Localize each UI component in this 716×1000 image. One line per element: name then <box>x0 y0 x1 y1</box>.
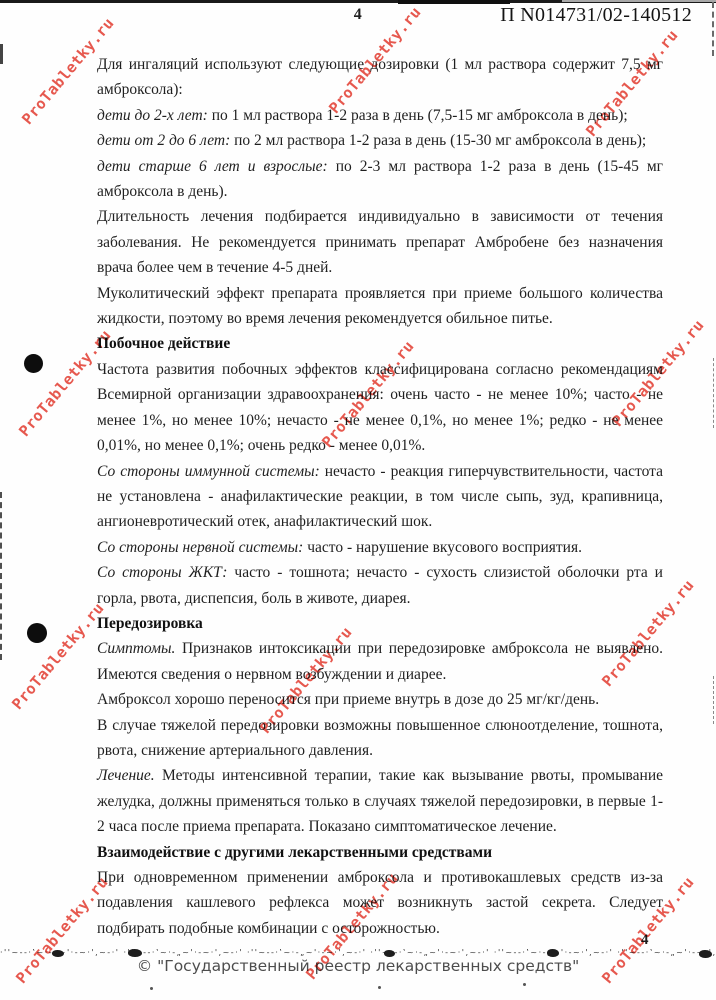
section-heading: Передозировка <box>97 611 663 636</box>
scan-artifact <box>398 0 510 4</box>
scan-artifact <box>384 950 395 957</box>
document-body: Для ингаляций используют следующие дозир… <box>97 52 663 941</box>
text-run: Амброксол хорошо переносится при приеме … <box>97 691 599 708</box>
text-run: Взаимодействие с другими лекарственными … <box>97 844 492 861</box>
scan-artifact <box>378 986 381 989</box>
scan-artifact <box>523 983 526 986</box>
text-run: При одновременном применении амброксола … <box>97 869 663 937</box>
scan-artifact <box>0 44 3 64</box>
paragraph: Частота развития побочных эффектов класс… <box>97 357 663 459</box>
paragraph: В случае тяжелой передозировки возможны … <box>97 713 663 764</box>
paragraph: Муколитический эффект препарата проявляе… <box>97 281 663 332</box>
text-run: Признаков интоксикации при передозировке… <box>97 640 663 682</box>
text-run: Побочное действие <box>97 335 230 352</box>
italic-run: Лечение. <box>97 767 155 784</box>
text-run: по 2 мл раствора 1-2 раза в день (15-30 … <box>230 132 646 149</box>
scan-artifact <box>547 949 559 957</box>
italic-run: Симптомы. <box>97 640 175 657</box>
paragraph: дети до 2-х лет: по 1 мл раствора 1-2 ра… <box>97 103 663 128</box>
scan-artifact <box>713 676 714 724</box>
paragraph: Симптомы. Признаков интоксикации при пер… <box>97 636 663 687</box>
scan-artifact <box>562 0 716 2</box>
italic-run: дети до 2-х лет: <box>97 107 208 124</box>
paragraph: Со стороны ЖКТ: часто - тошнота; нечасто… <box>97 560 663 611</box>
italic-run: дети старше 6 лет и взрослые: <box>97 158 328 175</box>
registration-number: П N014731/02-140512 <box>500 4 692 27</box>
paragraph: Амброксол хорошо переносится при приеме … <box>97 687 663 712</box>
paragraph: Лечение. Методы интенсивной терапии, так… <box>97 763 663 839</box>
scan-artifact <box>713 358 714 428</box>
copyright-line: © "Государственный реестр лекарственных … <box>0 957 716 975</box>
punch-hole <box>24 354 43 373</box>
paragraph: При одновременном применении амброксола … <box>97 865 663 941</box>
section-heading: Взаимодействие с другими лекарственными … <box>97 840 663 865</box>
text-run: Передозировка <box>97 615 203 632</box>
paragraph: Длительность лечения подбирается индивид… <box>97 204 663 280</box>
paragraph: дети от 2 до 6 лет: по 2 мл раствора 1-2… <box>97 128 663 153</box>
paragraph: дети старше 6 лет и взрослые: по 2-3 мл … <box>97 154 663 205</box>
paragraph: Со стороны иммунной системы: нечасто - р… <box>97 459 663 535</box>
paragraph: Для ингаляций используют следующие дозир… <box>97 52 663 103</box>
text-run: по 1 мл раствора 1-2 раза в день (7,5-15… <box>208 107 628 124</box>
scan-artifact <box>128 949 142 957</box>
footer-page-number: 4 <box>641 932 649 949</box>
text-run: В случае тяжелой передозировки возможны … <box>97 717 663 759</box>
italic-run: Со стороны иммунной системы: <box>97 463 320 480</box>
italic-run: дети от 2 до 6 лет: <box>97 132 230 149</box>
scan-artifact <box>150 987 153 990</box>
scan-artifact <box>0 492 2 660</box>
text-run: часто - нарушение вкусового восприятия. <box>303 539 582 556</box>
text-run: Частота развития побочных эффектов класс… <box>97 361 663 454</box>
paragraph: Со стороны нервной системы: часто - нару… <box>97 535 663 560</box>
text-run: Для ингаляций используют следующие дозир… <box>97 56 663 98</box>
text-run: Муколитический эффект препарата проявляе… <box>97 285 663 327</box>
scanned-document-page: 4 П N014731/02-140512 Для ингаляций испо… <box>0 0 716 1000</box>
punch-hole <box>27 623 47 643</box>
text-run: Методы интенсивной терапии, такие как вы… <box>97 767 663 835</box>
text-run: Длительность лечения подбирается индивид… <box>97 208 663 276</box>
section-heading: Побочное действие <box>97 331 663 356</box>
italic-run: Со стороны ЖКТ: <box>97 564 227 581</box>
scan-artifact <box>52 950 64 957</box>
italic-run: Со стороны нервной системы: <box>97 539 303 556</box>
